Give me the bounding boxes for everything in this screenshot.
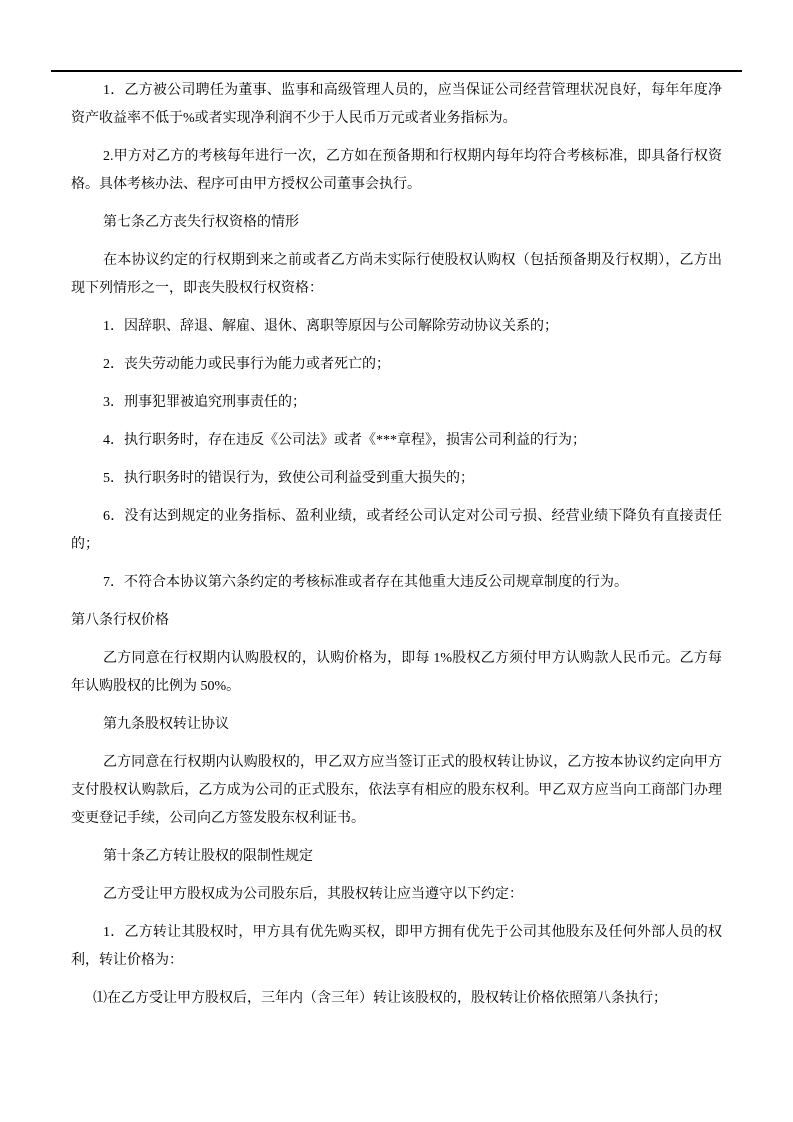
paragraph-6: 2．丧失劳动能力或民事行为能力或者死亡的；: [71, 351, 722, 379]
clause-heading-14: 第九条股权转让协议: [71, 711, 722, 739]
paragraph-8: 4．执行职务时，存在违反《公司法》或者《***章程》，损害公司利益的行为；: [71, 427, 722, 455]
paragraph-13: 乙方同意在行权期内认购股权的，认购价格为，即每 1%股权乙方须付甲方认购款人民币…: [71, 645, 722, 701]
document-page: 1．乙方被公司聘任为董事、监事和高级管理人员的，应当保证公司经营管理状况良好，每…: [0, 0, 793, 1122]
paragraph-11: 7．不符合本协议第六条约定的考核标准或者存在其他重大违反公司规章制度的行为。: [71, 569, 722, 597]
paragraph-9: 5．执行职务时的错误行为，致使公司利益受到重大损失的；: [71, 465, 722, 493]
clause-heading-12: 第八条行权价格: [71, 607, 722, 635]
paragraph-4: 在本协议约定的行权期到来之前或者乙方尚未实际行使股权认购权（包括预备期及行权期）…: [71, 247, 722, 303]
paragraph-7: 3．刑事犯罪被追究刑事责任的；: [71, 389, 722, 417]
paragraph-2: 2.甲方对乙方的考核每年进行一次，乙方如在预备期和行权期内每年均符合考核标准，即…: [71, 143, 722, 199]
paragraph-17: 乙方受让甲方股权成为公司股东后，其股权转让应当遵守以下约定：: [71, 881, 722, 909]
clause-heading-3: 第七条乙方丧失行权资格的情形: [71, 209, 722, 237]
paragraph-18: 1．乙方转让其股权时，甲方具有优先购买权，即甲方拥有优先于公司其他股东及任何外部…: [71, 919, 722, 975]
paragraph-1: 1．乙方被公司聘任为董事、监事和高级管理人员的，应当保证公司经营管理状况良好，每…: [71, 77, 722, 133]
paragraph-10: 6．没有达到规定的业务指标、盈利业绩，或者经公司认定对公司亏损、经营业绩下降负有…: [71, 503, 722, 559]
clause-heading-16: 第十条乙方转让股权的限制性规定: [71, 843, 722, 871]
header-rule: [51, 70, 742, 72]
paragraph-15: 乙方同意在行权期内认购股权的，甲乙双方应当签订正式的股权转让协议，乙方按本协议约…: [71, 749, 722, 833]
document-body: 1．乙方被公司聘任为董事、监事和高级管理人员的，应当保证公司经营管理状况良好，每…: [71, 77, 722, 1023]
paragraph-19: ⑴在乙方受让甲方股权后，三年内（含三年）转让该股权的，股权转让价格依照第八条执行…: [71, 985, 722, 1013]
paragraph-5: 1．因辞职、辞退、解雇、退休、离职等原因与公司解除劳动协议关系的；: [71, 313, 722, 341]
